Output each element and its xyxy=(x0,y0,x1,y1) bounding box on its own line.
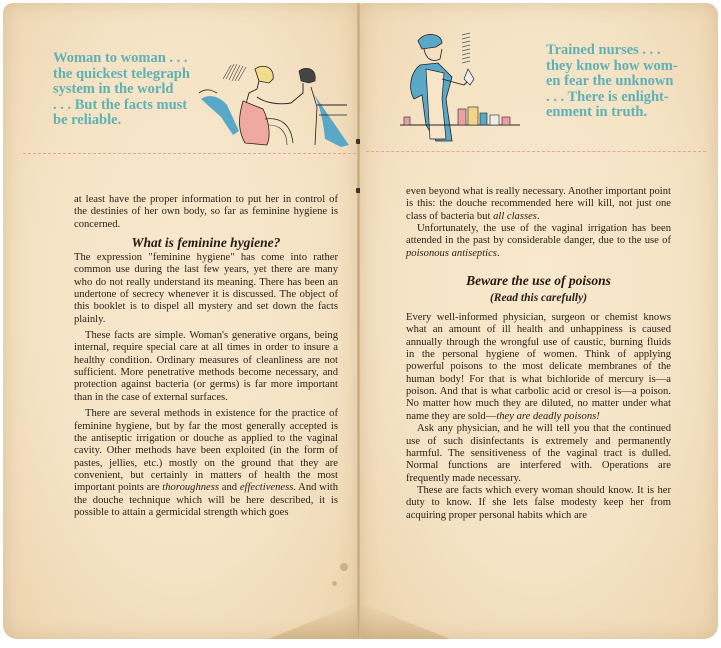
paper-stain xyxy=(340,563,348,571)
left-caption-line: system in the world xyxy=(53,82,205,98)
paragraph: Ask any physician, and he will tell you … xyxy=(406,423,671,485)
right-caption-line: Trained nurses . . . xyxy=(546,43,689,59)
nurse-with-bottles-illustration xyxy=(396,29,526,151)
paragraph: The expression "feminine hygiene" has co… xyxy=(74,252,338,326)
emphasis-text: effectiveness xyxy=(240,482,294,493)
open-booklet: Woman to woman . . . the quickest telegr… xyxy=(3,3,718,641)
emphasis-text: poisonous antiseptics xyxy=(406,248,497,259)
continuation-paragraph: even beyond what is really necessary. An… xyxy=(406,186,671,223)
right-caption-line: enment in truth. xyxy=(546,105,689,121)
left-caption-line: Woman to woman . . . xyxy=(53,51,205,67)
right-caption-line: en fear the unknown xyxy=(546,74,689,90)
worn-corner xyxy=(268,603,358,639)
section-heading-beware-poisons: Beware the use of poisons xyxy=(406,272,671,290)
paragraph: There are several methods in existence f… xyxy=(74,408,338,519)
left-caption-line: be reliable. xyxy=(53,113,205,129)
paragraph: These facts are simple. Woman's generati… xyxy=(74,330,338,404)
left-page-text-column: at least have the proper information to … xyxy=(74,194,338,519)
section-heading-feminine-hygiene: What is feminine hygiene? xyxy=(74,234,338,252)
paper-stain xyxy=(332,581,337,586)
paragraph: These are facts which every woman should… xyxy=(406,485,671,522)
right-page: Trained nurses . . . they know how wom- … xyxy=(360,3,718,639)
right-decorative-rule xyxy=(366,151,706,152)
paragraph-text: . xyxy=(497,248,500,259)
paragraph: Every well-informed physician, surgeon o… xyxy=(406,312,671,423)
left-caption-line: the quickest telegraph xyxy=(53,67,205,83)
left-page: Woman to woman . . . the quickest telegr… xyxy=(3,3,358,639)
two-women-conversing-illustration xyxy=(199,59,349,151)
paragraph: Unfortunately, the use of the vaginal ir… xyxy=(406,223,671,260)
right-caption-line: . . . There is enlight- xyxy=(546,90,689,106)
worn-corner xyxy=(360,603,450,639)
emphasis-text: they are deadly poisons! xyxy=(496,411,599,422)
section-subheading: (Read this carefully) xyxy=(406,290,671,306)
paragraph-text: Every well-informed physician, surgeon o… xyxy=(406,312,671,422)
paragraph-text: There are several methods in existence f… xyxy=(74,408,338,493)
emphasis-text: thoroughness xyxy=(162,482,219,493)
paragraph-text: . xyxy=(537,211,540,222)
right-caption-line: they know how wom- xyxy=(546,59,689,75)
left-decorative-rule xyxy=(23,153,356,154)
opening-paragraph: at least have the proper information to … xyxy=(74,194,338,231)
left-caption-line: . . . But the facts must xyxy=(53,98,205,114)
paragraph-text: Unfortunately, the use of the vaginal ir… xyxy=(406,223,671,246)
left-caption: Woman to woman . . . the quickest telegr… xyxy=(53,51,205,129)
subheading-text: (Read this carefully) xyxy=(490,292,587,304)
right-caption: Trained nurses . . . they know how wom- … xyxy=(546,43,689,121)
right-page-text-column: even beyond what is really necessary. An… xyxy=(406,186,671,522)
paragraph-text: and xyxy=(219,482,240,493)
emphasis-text: all classes xyxy=(493,211,537,222)
